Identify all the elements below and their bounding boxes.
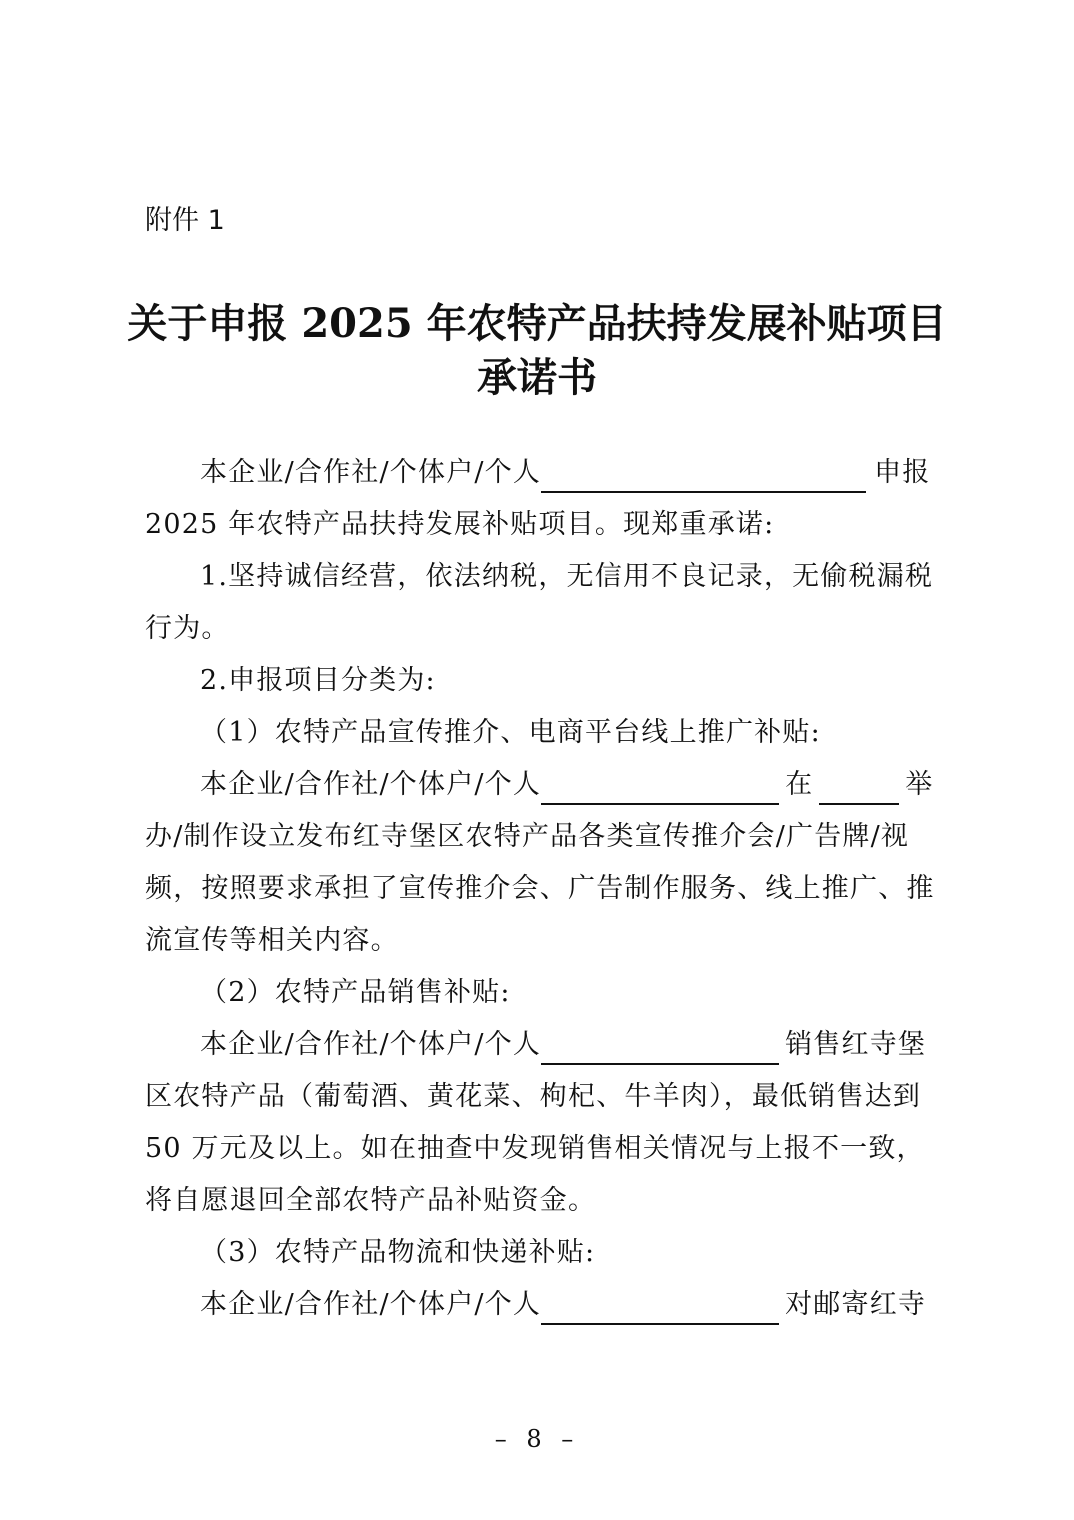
sub3-suffix: 对邮寄红寺 (785, 1289, 926, 1320)
sub3-heading: （3）农特产品物流和快递补贴: (200, 1233, 995, 1273)
sub3-line1: 本企业/合作社/个体户/个人对邮寄红寺 (200, 1285, 940, 1325)
document-title: 关于申报 2025 年农特产品扶持发展补贴项目 (0, 292, 1074, 349)
sub2-line1: 本企业/合作社/个体户/个人销售红寺堡 (200, 1025, 940, 1065)
sub1-entity-blank[interactable] (541, 773, 779, 805)
document-title-line2: 承诺书 (0, 346, 1074, 403)
document-page: 附件 1 关于申报 2025 年农特产品扶持发展补贴项目 承诺书 本企业/合作社… (0, 0, 1074, 1520)
sub1-prefix: 本企业/合作社/个体户/个人 (200, 769, 541, 800)
entity-name-blank[interactable] (541, 461, 866, 493)
intro-paragraph-line1: 本企业/合作社/个体户/个人申报 (200, 453, 940, 493)
page-number: – 8 – (0, 1425, 1074, 1453)
sub2-suffix: 销售红寺堡 (785, 1029, 926, 1060)
sub2-line3: 50 万元及以上。如在抽查中发现销售相关情况与上报不一致， (145, 1129, 940, 1169)
sub1-line1: 本企业/合作社/个体户/个人在举 (200, 765, 940, 805)
intro-suffix: 申报 (874, 457, 930, 488)
sub1-location-blank[interactable] (819, 773, 899, 805)
sub1-line2: 办/制作设立发布红寺堡区农特产品各类宣传推介会/广告牌/视 (145, 817, 940, 857)
sub1-heading: （1）农特产品宣传推介、电商平台线上推广补贴: (200, 713, 995, 753)
item2-heading: 2.申报项目分类为: (200, 661, 940, 701)
intro-paragraph-line2: 2025 年农特产品扶持发展补贴项目。现郑重承诺: (145, 505, 940, 545)
sub2-prefix: 本企业/合作社/个体户/个人 (200, 1029, 541, 1060)
sub3-entity-blank[interactable] (541, 1293, 779, 1325)
sub1-line4: 流宣传等相关内容。 (145, 921, 940, 961)
item1-line1: 1.坚持诚信经营，依法纳税，无信用不良记录，无偷税漏税 (200, 557, 940, 597)
attachment-label: 附件 1 (145, 198, 225, 237)
sub2-line2: 区农特产品（葡萄酒、黄花菜、枸杞、牛羊肉），最低销售达到 (145, 1077, 940, 1117)
intro-prefix: 本企业/合作社/个体户/个人 (200, 457, 541, 488)
sub2-line4: 将自愿退回全部农特产品补贴资金。 (145, 1181, 940, 1221)
sub2-entity-blank[interactable] (541, 1033, 779, 1065)
sub1-mid: 在 (785, 769, 813, 800)
item1-line2: 行为。 (145, 609, 940, 649)
sub1-line3: 频，按照要求承担了宣传推介会、广告制作服务、线上推广、推 (145, 869, 940, 909)
sub2-heading: （2）农特产品销售补贴: (200, 973, 995, 1013)
sub1-suffix: 举 (905, 769, 933, 800)
sub3-prefix: 本企业/合作社/个体户/个人 (200, 1289, 541, 1320)
